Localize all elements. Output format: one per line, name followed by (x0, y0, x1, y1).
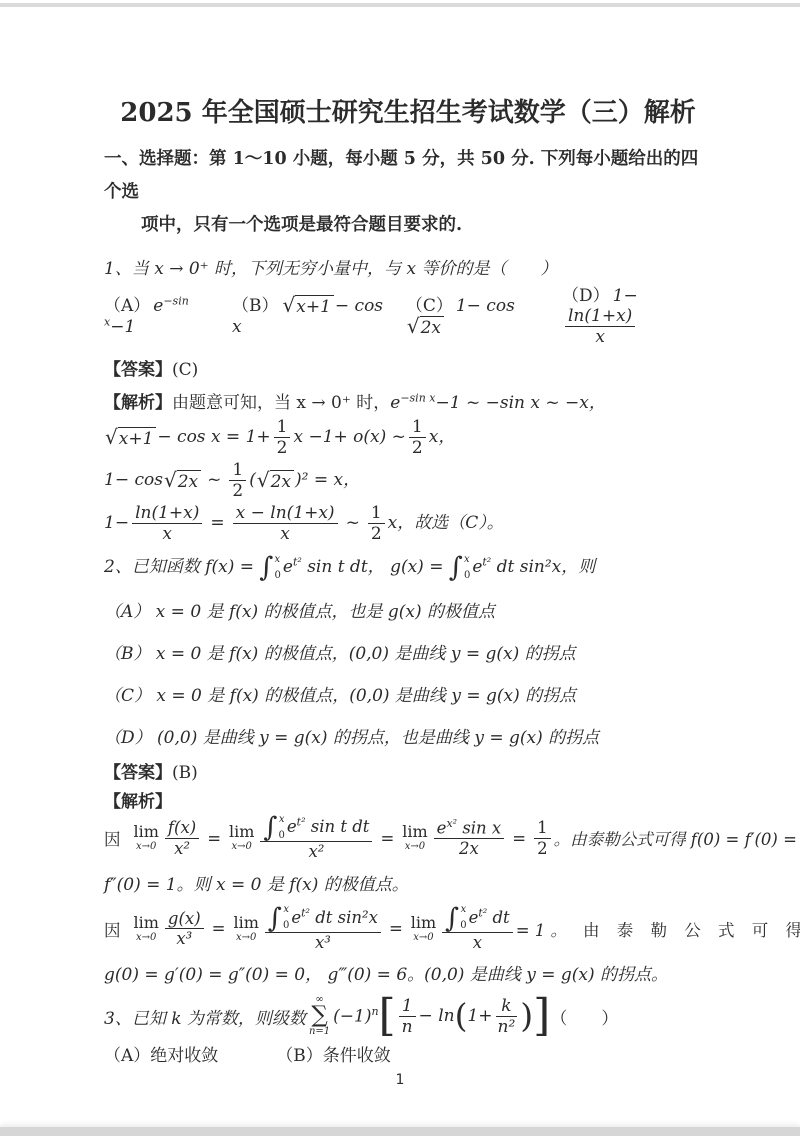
math-text: dt (492, 908, 509, 927)
integral: ∫x0 (263, 814, 284, 841)
lim-sub: x→0 (236, 933, 256, 943)
numerator: x − ln(1+x) (233, 503, 338, 524)
text: 因 (104, 826, 121, 850)
q2-option-b: （B） x = 0 是 f(x) 的极值点，(0,0) 是曲线 y = g(x)… (104, 639, 712, 664)
q1-option-c: （C）1− cos√2x (406, 291, 552, 338)
limit: limx→0 (229, 824, 254, 852)
fraction: ln(1+x)x (565, 306, 635, 347)
limit: limx→0 (134, 915, 159, 943)
option-label: （B） (232, 296, 279, 316)
q1-explanation-line1: 【解析】由题意可知，当 x → 0⁺ 时，e−sin x−1 ~ −sin x … (104, 388, 712, 413)
denominator: x³ (265, 933, 381, 952)
fraction: x − ln(1+x)x (233, 503, 338, 544)
text: 由 泰 勒 公 式 可 得 (583, 917, 800, 941)
lower-limit: 0 (460, 921, 466, 931)
q2-derivation-1: 因 limx→0 f(x)x² = limx→0 ∫x0et² sin t dt… (104, 814, 712, 861)
denominator: 2 (368, 524, 385, 544)
fraction: 12 (368, 503, 385, 544)
denominator: n (399, 1017, 416, 1037)
math-text: )² = x， (295, 470, 360, 490)
math-text: x， (429, 427, 456, 447)
math-text: x −1+ o(x) ~ (293, 427, 405, 447)
option-label: （A） (104, 296, 150, 316)
sqrt-radical: √x+1 (105, 427, 156, 449)
radicand: x+1 (118, 427, 157, 449)
exponent: t² (293, 556, 302, 569)
lim-sub: x→0 (232, 842, 252, 852)
equals-sign: = (512, 829, 526, 848)
math-text: 1− (613, 286, 638, 306)
denominator: x (132, 524, 202, 544)
math-text: −1 ~ −sin x ~ −x， (435, 393, 605, 413)
q2-derivation-1-line2: f″(0) = 1。则 x = 0 是 f(x) 的极值点。 (104, 870, 712, 895)
limit: limx→0 (411, 915, 436, 943)
numerator: ln(1+x) (565, 306, 635, 327)
math-text: e (291, 908, 301, 927)
text: 因 (104, 917, 121, 941)
q2-derivation-2: 因 limx→0 g(x)x³ = limx→0 ∫x0et² dt sin²x… (104, 905, 712, 952)
denominator: x (565, 327, 635, 347)
math-text: sin x (462, 818, 501, 837)
denominator: 2 (534, 839, 551, 858)
lower-limit: 0 (275, 571, 281, 581)
q3-option-b: （B）条件收敛 (276, 1041, 391, 1066)
q1-option-a: （A）e−sin x−1 (104, 291, 222, 338)
denominator: x³ (165, 929, 204, 948)
page-title: 2025 年全国硕士研究生招生考试数学（三）解析 (104, 92, 712, 129)
fraction: g(x)x³ (165, 909, 204, 949)
math-text: sin t dt (311, 817, 370, 836)
numerator: 1 (399, 996, 416, 1017)
radical-sign-icon: √ (257, 470, 270, 491)
explanation-marker: 【解析】 (104, 393, 172, 413)
section-header: 一、选择题：第 1～10 小题，每小题 5 分，共 50 分. 下列每小题给出的… (104, 143, 712, 242)
math-text: 1− (104, 513, 129, 533)
sqrt-radical: √2x (407, 316, 444, 338)
answer-value: (B) (172, 763, 198, 783)
q1-option-d: （D）1−ln(1+x)x (562, 281, 712, 347)
radical-sign-icon: √ (283, 295, 296, 316)
equals-sign: = (207, 829, 221, 848)
upper-limit: x (283, 905, 289, 915)
numerator: 1 (534, 818, 551, 838)
section-header-line2: 项中，只有一个选项是最符合题目要求的. (104, 209, 712, 242)
numerator: ∫x0et² dt (442, 905, 513, 933)
q3-options: （A）绝对收敛 （B）条件收敛 (104, 1041, 712, 1066)
formula: e−sin x−1 ~ −sin x ~ −x， (390, 393, 606, 413)
q1-answer: 【答案】(C) (104, 355, 712, 380)
numerator: ∫x0et² dt sin²x (265, 905, 381, 933)
option-label: （D） (562, 286, 610, 306)
math-text: x，故选（C）。 (388, 513, 504, 533)
lim-word: lim (233, 915, 258, 931)
q2-answer: 【答案】(B) (104, 758, 712, 783)
choice-parens: （ ） (550, 1004, 618, 1029)
q2-explanation-marker: 【解析】 (104, 787, 712, 812)
integral: ∫x0 (259, 554, 280, 581)
integral-limits: x0 (279, 815, 285, 841)
limit: limx→0 (233, 915, 258, 943)
numerator: 1 (274, 417, 291, 438)
formula: et² sin t dt， (283, 557, 385, 577)
sigma-icon: ∑ (311, 1005, 327, 1027)
lim-sub: x→0 (136, 842, 156, 852)
math-text: e (472, 557, 482, 577)
math-text: − cos x = 1+ (157, 427, 270, 447)
denominator: x (233, 524, 338, 544)
radicand: 2x (420, 316, 444, 338)
radicand: 2x (270, 470, 294, 492)
summation: ∞∑n=1 (309, 995, 330, 1037)
integral-sign-icon: ∫ (259, 554, 273, 581)
fraction: 1n (399, 996, 416, 1037)
exponent: x² (446, 817, 457, 830)
equals-sign: = (210, 513, 224, 533)
math-text: e (437, 818, 447, 837)
lower-limit: 0 (464, 571, 470, 581)
sqrt-radical: √x+1 (283, 295, 334, 317)
math-text: e (283, 557, 293, 577)
fraction: ∫x0et² dt sin²xx³ (265, 905, 381, 952)
denominator: 2x (434, 839, 505, 858)
radicand: x+1 (295, 295, 334, 317)
denominator: x² (165, 839, 199, 858)
denominator: 2 (229, 481, 246, 501)
math-text: e (390, 393, 400, 413)
denominator: 2 (409, 438, 426, 458)
limit: limx→0 (134, 824, 159, 852)
fraction: 12 (274, 417, 291, 458)
q1-options: （A）e−sin x−1 （B）√x+1− cos x （C）1− cos√2x… (104, 281, 712, 347)
answer-value: (C) (172, 360, 198, 380)
denominator: x² (260, 842, 372, 861)
integral-sign-icon: ∫ (445, 905, 459, 932)
integral-limits: x0 (283, 905, 289, 931)
lower-limit: 0 (283, 921, 289, 931)
math-text: 1+ (467, 1006, 492, 1026)
fraction: 12 (534, 818, 551, 858)
photo-bottom-edge (0, 1127, 800, 1136)
lim-word: lim (134, 915, 159, 931)
integral-limits: x0 (464, 555, 470, 581)
math-text: ( (249, 470, 256, 490)
numerator: ∫x0et² sin t dt (260, 814, 372, 842)
integral: ∫x0 (445, 905, 466, 932)
denominator: n² (496, 1017, 518, 1037)
numerator: 1 (368, 503, 385, 524)
exponent: t² (301, 906, 310, 919)
fraction: kn² (496, 996, 518, 1037)
q2-option-d: （D） (0,0) 是曲线 y = g(x) 的拐点，也是曲线 y = g(x)… (104, 723, 712, 748)
formula: (−1)n (333, 1005, 378, 1027)
q1-stem: 1、当 x → 0⁺ 时，下列无穷小量中，与 x 等价的是（ ） (104, 254, 712, 279)
q1-option-b: （B）√x+1− cos x (232, 291, 396, 338)
math-text: dt sin²x (315, 908, 378, 927)
page-number: 1 (0, 1072, 800, 1088)
q2-stem: 2、已知函数 f(x) = ∫x0et² sin t dt， g(x) = ∫x… (104, 552, 712, 581)
q2-derivation-2-line2: g(0) = g′(0) = g″(0) = 0， g‴(0) = 6。(0,0… (104, 960, 712, 985)
lim-sub: x→0 (136, 933, 156, 943)
text: 。由泰勒公式可得 f(0) = f′(0) = 0， (554, 826, 800, 850)
integral: ∫x0 (268, 905, 289, 932)
math-text: − ln (419, 1006, 455, 1026)
radical-sign-icon: √ (407, 316, 420, 337)
answer-marker: 【答案】 (104, 763, 172, 783)
fraction: 12 (229, 460, 246, 501)
math-text: = 1 。 (516, 917, 567, 941)
exponent: −sin x (400, 391, 435, 404)
fraction: f(x)x² (165, 818, 199, 858)
math-text: −1 (110, 317, 135, 337)
exponent: t² (297, 816, 306, 829)
q1-explanation-line3: 1− cos√2x~12(√2x)² = x， (104, 460, 712, 501)
upper-limit: x (460, 905, 466, 915)
radical-sign-icon: √ (105, 427, 118, 448)
q3-stem: 3、已知 k 为常数，则级数 ∞∑n=1 (−1)n [ 1n − ln ( 1… (104, 995, 712, 1037)
text: 2、已知函数 f(x) = (104, 557, 254, 577)
upper-limit: x (275, 555, 281, 565)
lower-limit: 0 (279, 831, 285, 841)
text: g(x) = (390, 557, 443, 577)
integral: ∫x0 (449, 554, 470, 581)
numerator: ln(1+x) (132, 503, 202, 524)
lim-word: lim (402, 824, 427, 840)
option-label: （C） (406, 296, 453, 316)
upper-limit: x (279, 815, 285, 825)
numerator: g(x) (165, 909, 204, 929)
math-text: e (469, 908, 479, 927)
numerator: ex² sin x (434, 818, 505, 839)
q3-option-a: （A）绝对收敛 (104, 1041, 218, 1066)
integral-limits: x0 (460, 905, 466, 931)
denominator: x (442, 933, 513, 952)
answer-marker: 【答案】 (104, 360, 172, 380)
sqrt-radical: √2x (257, 470, 294, 492)
fraction: ex² sin x2x (434, 818, 505, 858)
q1-explanation-line2: √x+1− cos x = 1+12x −1+ o(x) ~12x， (104, 417, 712, 458)
integral-sign-icon: ∫ (449, 554, 463, 581)
section-header-line1: 一、选择题：第 1～10 小题，每小题 5 分，共 50 分. 下列每小题给出的… (104, 143, 712, 209)
radicand: 2x (177, 470, 201, 492)
q2-option-a: （A） x = 0 是 f(x) 的极值点，也是 g(x) 的极值点 (104, 597, 712, 622)
formula: et² dt sin²x，则 (472, 557, 595, 577)
q1-explanation-line4: 1−ln(1+x)x=x − ln(1+x)x~12x，故选（C）。 (104, 503, 712, 544)
numerator: 1 (229, 460, 246, 481)
fraction: ∫x0et² sin t dtx² (260, 814, 372, 861)
integral-sign-icon: ∫ (263, 814, 277, 841)
limit: limx→0 (402, 824, 427, 852)
lim-sub: x→0 (405, 842, 425, 852)
denominator: 2 (274, 438, 291, 458)
tilde: ~ (346, 513, 360, 533)
upper-limit: x (464, 555, 470, 565)
lim-sub: x→0 (413, 933, 433, 943)
sqrt-radical: √2x (164, 470, 201, 492)
integral-sign-icon: ∫ (268, 905, 282, 932)
equals-sign: = (212, 919, 226, 938)
lim-word: lim (411, 915, 436, 931)
math-text: e (153, 296, 163, 316)
equals-sign: = (380, 829, 394, 848)
lim-word: lim (229, 824, 254, 840)
math-text: 1− cos (104, 470, 163, 490)
text: 由题意可知，当 x → 0⁺ 时， (172, 393, 390, 413)
exponent: t² (482, 556, 491, 569)
numerator: 1 (409, 417, 426, 438)
numerator: f(x) (165, 818, 199, 838)
document-page: 2025 年全国硕士研究生招生考试数学（三）解析 一、选择题：第 1～10 小题… (0, 0, 800, 1066)
math-text: e (287, 817, 297, 836)
exponent: t² (478, 906, 487, 919)
math-text: (−1) (333, 1007, 371, 1027)
q2-option-c: （C） x = 0 是 f(x) 的极值点，(0,0) 是曲线 y = g(x)… (104, 681, 712, 706)
numerator: k (496, 996, 518, 1017)
text: 3、已知 k 为常数，则级数 (104, 1004, 306, 1029)
fraction: ∫x0et² dtx (442, 905, 513, 952)
equals-sign: = (389, 919, 403, 938)
lim-word: lim (134, 824, 159, 840)
integral-limits: x0 (275, 555, 281, 581)
tilde: ~ (207, 470, 221, 490)
fraction: 12 (409, 417, 426, 458)
radical-sign-icon: √ (164, 470, 177, 491)
math-text: dt sin²x，则 (497, 557, 596, 577)
math-text: 1− cos (456, 296, 515, 316)
sum-lower: n=1 (309, 1027, 330, 1037)
math-text: sin t dt， (307, 557, 384, 577)
fraction: ln(1+x)x (132, 503, 202, 544)
exponent: n (371, 1005, 378, 1018)
